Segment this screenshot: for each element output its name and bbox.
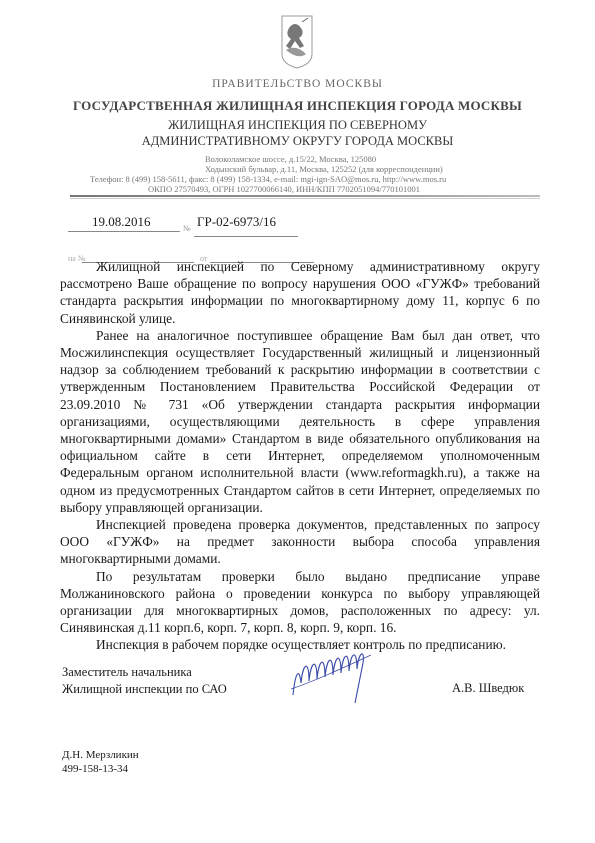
paragraph: Инспекцией проведена проверка документов… — [60, 516, 540, 568]
department-line-2: АДМИНИСТРАТИВНОМУ ОКРУГУ ГОРОДА МОСКВЫ — [0, 134, 595, 149]
handwritten-signature-icon — [285, 645, 380, 705]
signatory-title-line-1: Заместитель начальника — [62, 664, 227, 681]
paragraph: Жилищной инспекцией по Северному админис… — [60, 258, 540, 327]
paragraph: По результатам проверки было выдано пред… — [60, 568, 540, 637]
signatory-title-line-2: Жилищной инспекции по САО — [62, 681, 227, 698]
number-sign: № — [183, 224, 191, 233]
signatory-name: А.В. Шведюк — [452, 681, 524, 696]
letterhead-divider-thin — [70, 198, 540, 199]
department-line-1: ЖИЛИЩНАЯ ИНСПЕКЦИЯ ПО СЕВЕРНОМУ — [0, 118, 595, 133]
registration-date: 19.08.2016 — [92, 214, 151, 230]
inspection-name: ГОСУДАРСТВЕННАЯ ЖИЛИЩНАЯ ИНСПЕКЦИЯ ГОРОД… — [0, 98, 595, 114]
address-line-2: Ходынский бульвар, д.11, Москва, 125252 … — [205, 164, 443, 174]
address-line-1: Волоколамское шоссе, д.15/22, Москва, 12… — [205, 154, 376, 164]
requisites-line: ОКПО 27570493, ОГРН 1027700066140, ИНН/К… — [148, 184, 420, 194]
date-underline — [68, 231, 180, 232]
executor-block: Д.Н. Мерзликин 499-158-13-34 — [62, 748, 139, 776]
paragraph: Ранее на аналогичное поступившее обращен… — [60, 327, 540, 516]
registration-number: ГР-02-6973/16 — [197, 214, 276, 230]
letter-body: Жилищной инспекцией по Северному админис… — [60, 258, 540, 654]
government-name: ПРАВИТЕЛЬСТВО МОСКВЫ — [0, 78, 595, 90]
moscow-coat-of-arms-icon — [280, 14, 314, 70]
executor-name: Д.Н. Мерзликин — [62, 748, 139, 762]
executor-phone: 499-158-13-34 — [62, 762, 139, 776]
letterhead-divider — [70, 195, 540, 197]
number-underline — [194, 236, 298, 237]
signatory-title: Заместитель начальника Жилищной инспекци… — [62, 664, 227, 698]
contacts-line: Телефон: 8 (499) 158-5611, факс: 8 (499)… — [90, 174, 446, 184]
